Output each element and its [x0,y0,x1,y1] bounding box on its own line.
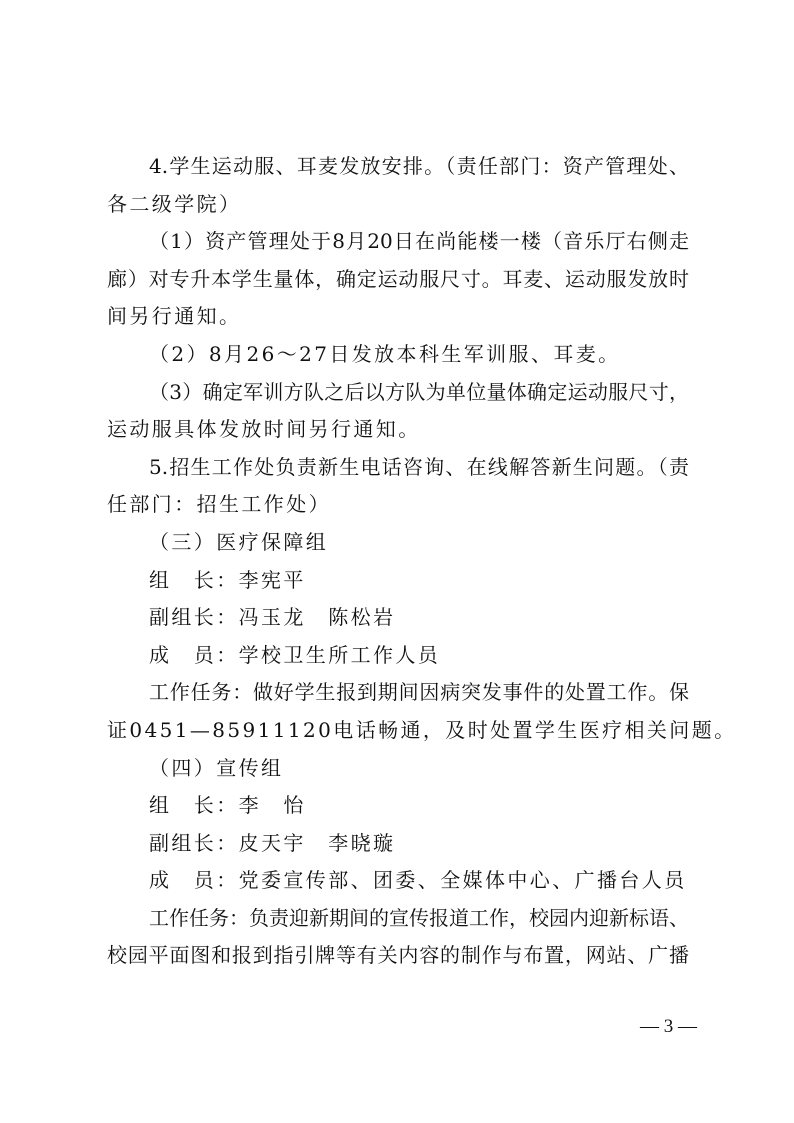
item-4-sub-2: （2）8月26～27日发放本科生军训服、耳麦。 [107,336,689,374]
section-publicity-heading: （四）宣传组 [107,750,689,788]
publicity-members: 成 员：党委宣传部、团委、全媒体中心、广播台人员 [107,862,689,900]
publicity-deputy-leaders: 副组长：皮天宇 李晓璇 [107,825,689,863]
item-4-sub-1-end: 间另行通知。 [107,298,689,336]
medical-leader: 组 长：李宪平 [107,562,689,600]
section-medical-heading: （三）医疗保障组 [107,524,689,562]
item-4-sub-3: （3）确定军训方队之后以方队为单位量体确定运动服尺寸， [107,374,689,412]
publicity-task: 工作任务：负责迎新期间的宣传报道工作，校园内迎新标语、 [107,900,689,938]
medical-task-cont: 证0451—85911120电话畅通，及时处置学生医疗相关问题。 [107,712,689,750]
page-number: — 3 — [640,1016,697,1038]
item-4-heading-cont: 各二级学院） [107,186,689,224]
publicity-task-cont: 校园平面图和报到指引牌等有关内容的制作与布置，网站、广播 [107,937,689,975]
medical-task: 工作任务：做好学生报到期间因病突发事件的处置工作。保 [107,674,689,712]
item-4-sub-3-cont: 运动服具体发放时间另行通知。 [107,411,689,449]
item-4-sub-1-cont: 廊）对专升本学生量体，确定运动服尺寸。耳麦、运动服发放时 [107,261,689,299]
item-5-cont: 任部门：招生工作处） [107,486,689,524]
item-4-sub-1: （1）资产管理处于8月20日在尚能楼一楼（音乐厅右侧走 [107,223,689,261]
medical-deputy-leaders: 副组长：冯玉龙 陈松岩 [107,599,689,637]
item-5: 5.招生工作处负责新生电话咨询、在线解答新生问题。（责 [107,449,689,487]
publicity-leader: 组 长：李 怡 [107,787,689,825]
medical-members: 成 员：学校卫生所工作人员 [107,637,689,675]
document-body: 4.学生运动服、耳麦发放安排。（责任部门：资产管理处、 各二级学院） （1）资产… [107,148,689,975]
item-4-heading: 4.学生运动服、耳麦发放安排。（责任部门：资产管理处、 [107,148,689,186]
